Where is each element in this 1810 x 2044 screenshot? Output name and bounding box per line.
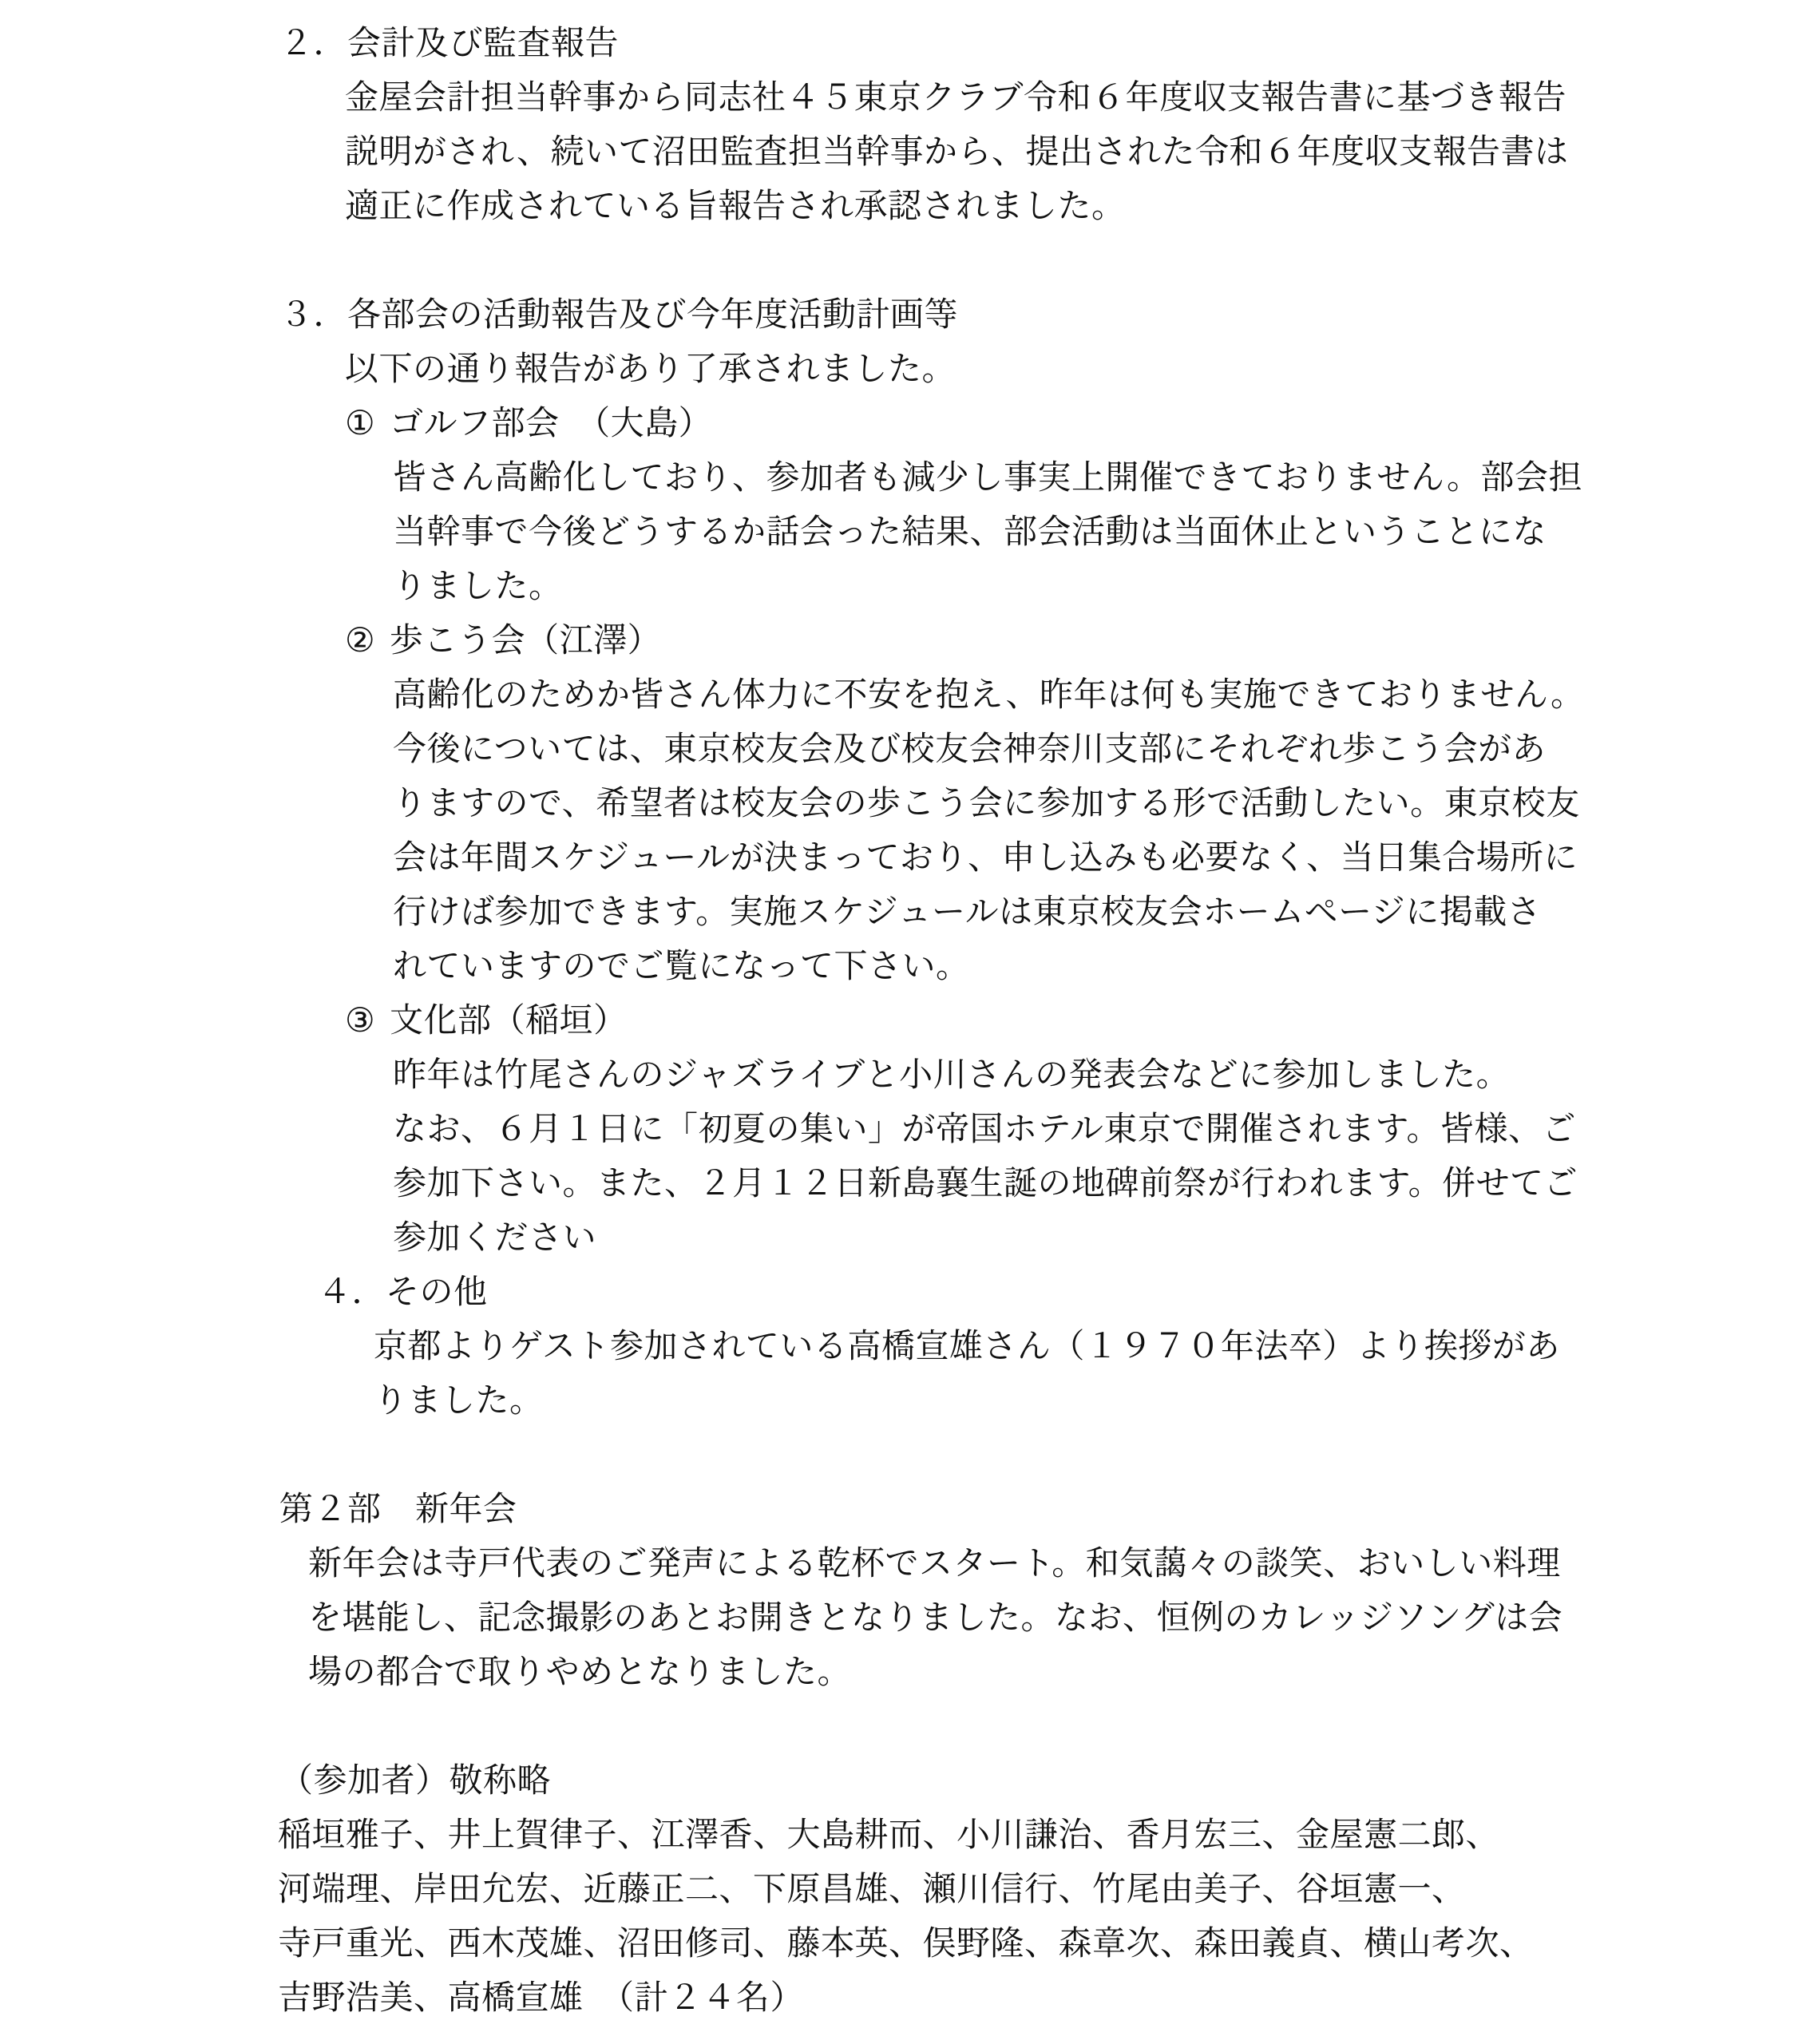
item-title-culture: 文化部（稲垣） (390, 1001, 628, 1039)
participants-line: 吉野浩美、高橋宣雄 （計２４名） (0, 1971, 1810, 2025)
section2-body-line: 適正に作成されている旨報告され承認されました。 (0, 179, 1810, 233)
culture-body-line: 昨年は竹尾さんのジャズライブと小川さんの発表会などに参加しました。 (0, 1048, 1810, 1102)
item-title-golf: ゴルフ部会 （大島） (390, 404, 712, 442)
part2-heading: 第２部 新年会 (0, 1482, 1810, 1536)
part2-body-line: 場の都合で取りやめとなりました。 (0, 1645, 1810, 1699)
walking-body-line: りますので、希望者は校友会の歩こう会に参加する形で活動したい。東京校友 (0, 776, 1810, 830)
section3-item-golf: ①ゴルフ部会 （大島） (0, 396, 1810, 450)
participants-line: 寺戸重光、西木茂雄、沼田修司、藤本英、俣野隆、森章次、森田義貞、横山考次、 (0, 1916, 1810, 1971)
section2-body-line: 金屋会計担当幹事から同志社４５東京クラブ令和６年度収支報告書に基づき報告 (0, 70, 1810, 125)
part2-body-line: を堪能し、記念撮影のあとお開きとなりました。なお、恒例のカレッジソングは会 (0, 1590, 1810, 1645)
section4-body-line: りました。 (0, 1373, 1810, 1428)
culture-body-line: 参加ください (0, 1210, 1810, 1265)
circled-number-2: ② (345, 621, 375, 659)
circled-number-3: ③ (345, 1001, 375, 1039)
culture-body-line: なお、６月１日に「初夏の集い」が帝国ホテル東京で開催されます。皆様、ご (0, 1102, 1810, 1156)
walking-body-line: 会は年間スケジュールが決まっており、申し込みも必要なく、当日集合場所に (0, 830, 1810, 885)
circled-number-1: ① (345, 404, 375, 442)
golf-body-line: 当幹事で今後どうするか話会った結果、部会活動は当面休止ということにな (0, 505, 1810, 559)
blank-line (0, 233, 1810, 287)
section2-heading: ２．会計及び監査報告 (0, 16, 1810, 70)
walking-body-line: 行けば参加できます。実施スケジュールは東京校友会ホームページに掲載さ (0, 885, 1810, 939)
blank-line (0, 1699, 1810, 1753)
item-title-walking: 歩こう会（江澤） (390, 621, 661, 659)
section3-item-walking: ②歩こう会（江澤） (0, 613, 1810, 667)
walking-body-line: 今後については、東京校友会及び校友会神奈川支部にそれぞれ歩こう会があ (0, 722, 1810, 776)
golf-body-line: りました。 (0, 559, 1810, 613)
section3-item-culture: ③文化部（稲垣） (0, 993, 1810, 1048)
walking-body-line: 高齢化のためか皆さん体力に不安を抱え、昨年は何も実施できておりません。 (0, 667, 1810, 722)
section4-body-line: 京都よりゲスト参加されている高橋宣雄さん（１９７０年法卒）より挨拶があ (0, 1319, 1810, 1373)
participants-heading: （参加者）敬称略 (0, 1753, 1810, 1808)
section3-heading: ３．各部会の活動報告及び今年度活動計画等 (0, 287, 1810, 342)
part2-body-line: 新年会は寺戸代表のご発声による乾杯でスタート。和気藹々の談笑、おいしい料理 (0, 1536, 1810, 1590)
culture-body-line: 参加下さい。また、２月１２日新島襄生誕の地碑前祭が行われます。併せてご (0, 1156, 1810, 1210)
golf-body-line: 皆さん高齢化しており、参加者も減少し事実上開催できておりません。部会担 (0, 450, 1810, 505)
section4-heading: ４．その他 (0, 1265, 1810, 1319)
participants-line: 河端理、岸田允宏、近藤正二、下原昌雄、瀬川信行、竹尾由美子、谷垣憲一、 (0, 1862, 1810, 1916)
section3-intro: 以下の通り報告があり了承されました。 (0, 342, 1810, 396)
document-page: ２．会計及び監査報告 金屋会計担当幹事から同志社４５東京クラブ令和６年度収支報告… (0, 0, 1810, 2044)
walking-body-line: れていますのでご覧になって下さい。 (0, 939, 1810, 993)
participants-line: 稲垣雅子、井上賀律子、江澤香、大島耕而、小川謙治、香月宏三、金屋憲二郎、 (0, 1808, 1810, 1862)
blank-line (0, 1428, 1810, 1482)
section2-body-line: 説明がされ、続いて沼田監査担当幹事から、提出された令和６年度収支報告書は (0, 125, 1810, 179)
